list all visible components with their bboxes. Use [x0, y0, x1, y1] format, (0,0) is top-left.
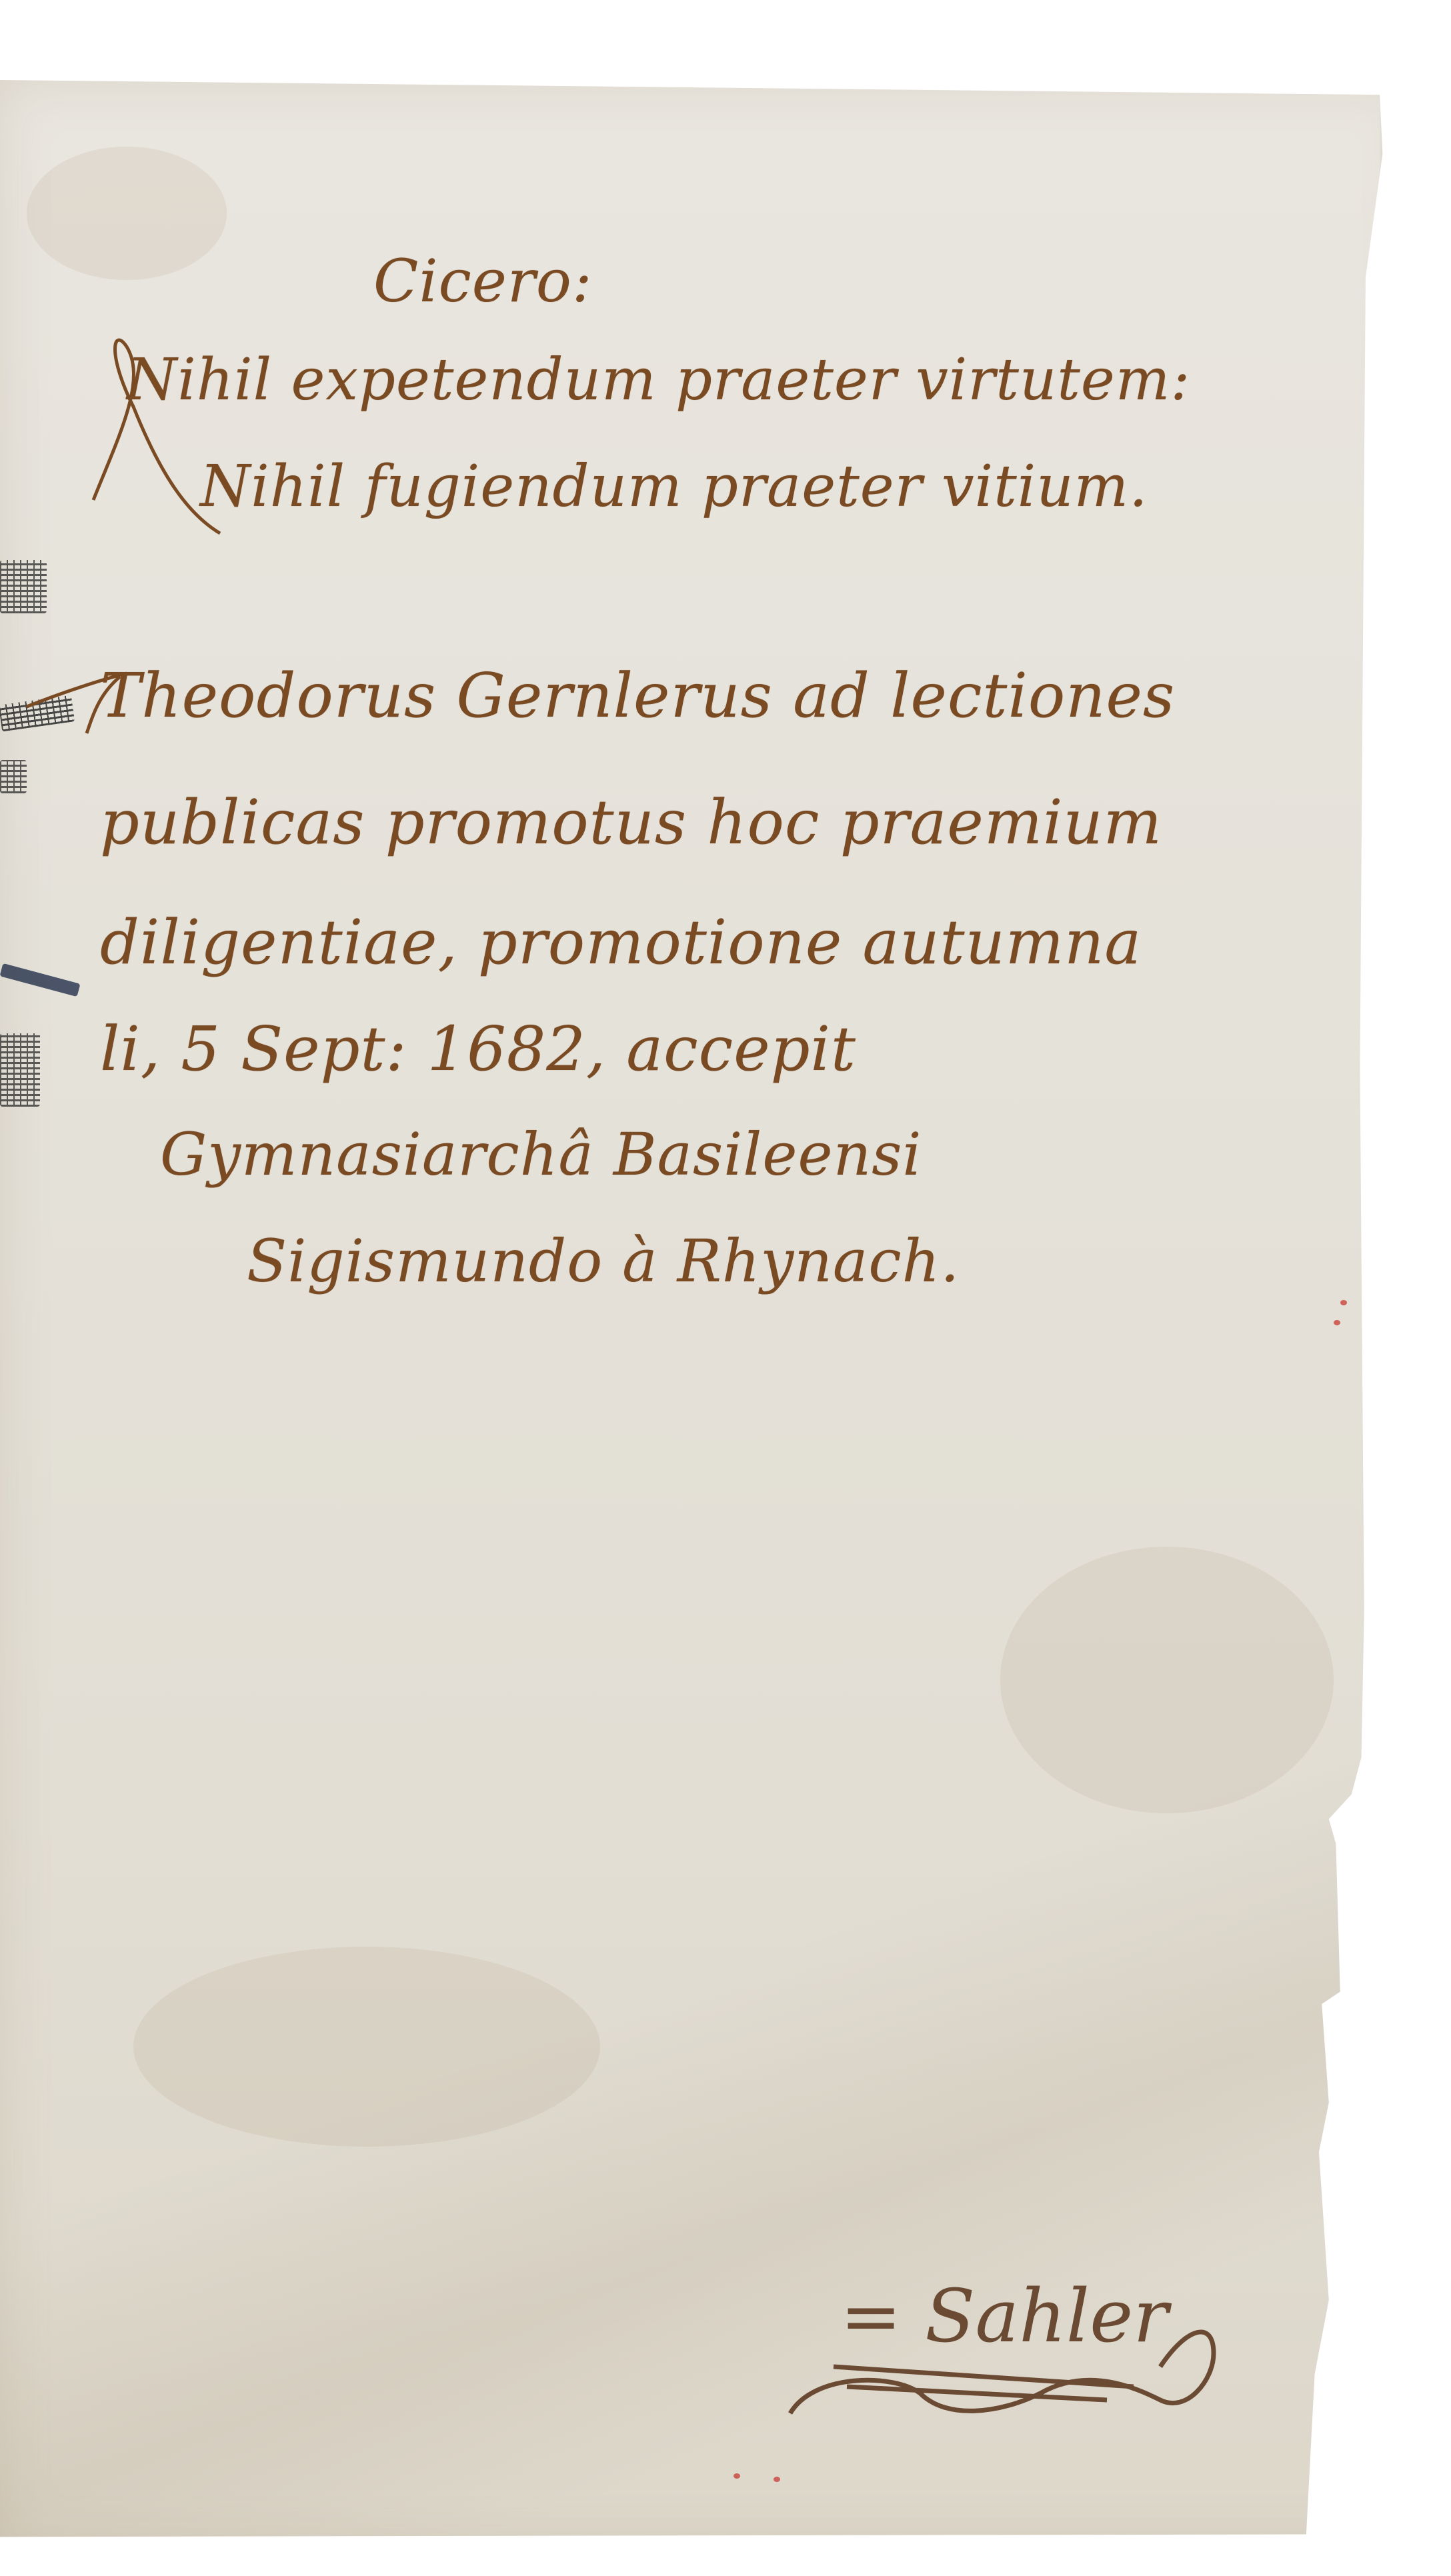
red-edge-mark	[734, 2473, 740, 2479]
inscription-line-6: Sigismundo à Rhynach.	[247, 1227, 960, 1295]
ink-bleed-through	[0, 695, 75, 732]
paper-stain	[1000, 1547, 1334, 1813]
inscription-line-5: Gymnasiarchâ Basileensi	[160, 1120, 922, 1189]
motto-line-2: Nihil fugiendum praeter vitium.	[200, 453, 1148, 520]
inscription-line-1: Theodorus Gernlerus ad lectiones	[100, 660, 1175, 731]
ink-bleed-through	[0, 963, 81, 997]
paper-stain	[27, 147, 227, 280]
inscription-line-4: li, 5 Sept: 1682, accepit	[100, 1013, 856, 1085]
ink-bleed-through	[0, 1033, 40, 1107]
manuscript-page: Cicero: Nihil expetendum praeter virtute…	[0, 80, 1414, 2547]
paper-stain	[133, 1947, 600, 2147]
heading-cicero: Cicero:	[373, 247, 593, 315]
signature: = Sahler	[787, 2260, 1294, 2420]
red-edge-mark	[774, 2477, 780, 2482]
ink-bleed-through	[0, 760, 27, 793]
red-edge-mark	[1334, 1320, 1340, 1325]
inscription-line-3: diligentiae, promotione autumna	[100, 907, 1142, 978]
inscription-line-2: publicas promotus hoc praemium	[100, 787, 1162, 858]
ink-bleed-through	[0, 560, 47, 613]
red-edge-mark	[1340, 1300, 1347, 1305]
signature-text: = Sahler	[840, 2273, 1168, 2359]
page-edge	[1379, 80, 1387, 2547]
motto-line-1: Nihil expetendum praeter virtutem:	[127, 347, 1190, 413]
